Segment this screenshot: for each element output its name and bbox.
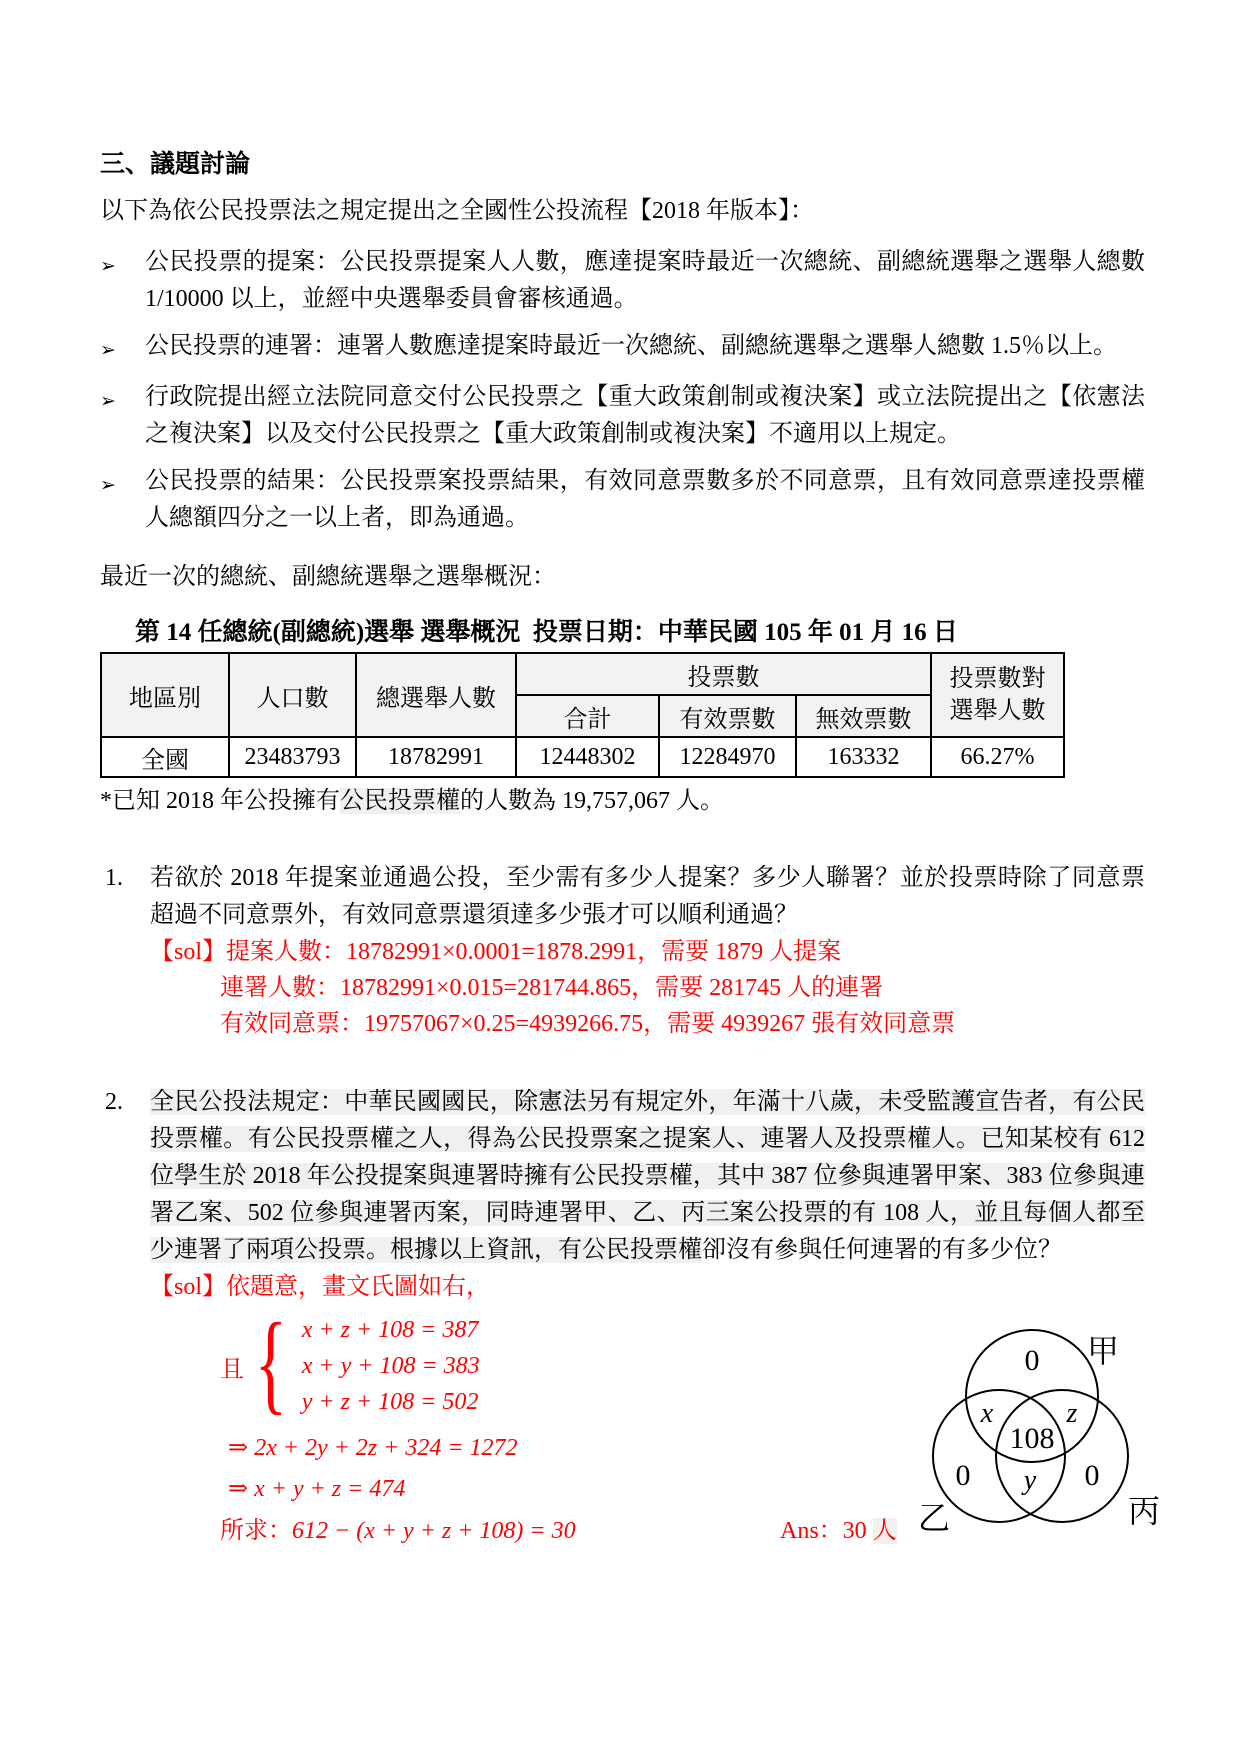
column-header-invalid-votes: 無效票數 <box>796 695 931 737</box>
equation-1: x + z + 108 = 387 <box>302 1312 480 1348</box>
column-header-population: 人口數 <box>229 653 356 737</box>
answer-prefix: Ans：30 <box>780 1518 873 1544</box>
list-item: ➢ 行政院提出經立法院同意交付公民投票之【重大政策創制或複決案】或立法院提出之【… <box>100 379 1145 453</box>
footnote-highlighted-term: 公民投票權 <box>340 788 460 814</box>
system-prefix: 且 <box>220 1349 244 1384</box>
table-footnote: *已知 2018 年公投擁有公民投票權的人數為 19,757,067 人。 <box>100 783 1145 820</box>
bullet-text: 行政院提出經立法院同意交付公民投票之【重大政策創制或複決案】或立法院提出之【依憲… <box>145 379 1145 453</box>
equation-3: y + z + 108 = 502 <box>302 1384 480 1420</box>
question-1-solution-line2: 連署人數：18782991×0.015=281744.865，需要 281745… <box>150 970 1145 1006</box>
cell-valid-votes: 12284970 <box>659 737 796 777</box>
list-item: ➢ 公民投票的連署：連署人數應達提案時最近一次總統、副總統選舉之選舉人總數 1.… <box>100 328 1145 369</box>
venn-value-y: y <box>1021 1465 1037 1496</box>
cell-turnout-ratio: 66.27% <box>931 737 1064 777</box>
question-1-number: 1. <box>100 860 150 1042</box>
cell-electors: 18782991 <box>356 737 516 777</box>
left-brace-glyph: { <box>255 1307 287 1419</box>
question-2-solution-intro: 【sol】依題意，畫文氏圖如右， <box>150 1269 1145 1305</box>
venn-circle-yi <box>933 1390 1065 1522</box>
arrow-bullet-icon: ➢ <box>100 244 145 318</box>
equation-column: x + z + 108 = 387 x + y + 108 = 383 y + … <box>298 1312 480 1420</box>
question-2-text-tail: 卻沒有參與任何連署的有多少位？ <box>702 1237 1062 1263</box>
column-header-valid-votes: 有效票數 <box>659 695 796 737</box>
footnote-suffix: 的人數為 19,757,067 人。 <box>460 788 724 814</box>
section-heading: 三、議題討論 <box>100 146 1145 183</box>
column-header-turnout-ratio: 投票數對 選舉人數 <box>931 653 1064 737</box>
sol-intro-text: 依題意，畫文氏圖如右， <box>226 1274 490 1300</box>
turnout-ratio-line2: 選舉人數 <box>932 695 1063 727</box>
venn-value-left: 0 <box>956 1459 971 1492</box>
question-1-solution-line1: 【sol】提案人數：18782991×0.0001=1878.2991，需要 1… <box>150 934 1145 970</box>
equation-2: x + y + 108 = 383 <box>302 1348 480 1384</box>
bullet-text: 公民投票的連署：連署人數應達提案時最近一次總統、副總統選舉之選舉人總數 1.5％… <box>145 328 1145 369</box>
arrow-bullet-icon: ➢ <box>100 379 145 453</box>
column-header-electors: 總選舉人數 <box>356 653 516 737</box>
venn-label-yi: 乙 <box>918 1500 950 1536</box>
election-stats-table: 地區別 人口數 總選舉人數 投票數 投票數對 選舉人數 合計 有效票數 無效票數… <box>100 652 1065 778</box>
survey-intro-line: 最近一次的總統、副總統選舉之選舉概況： <box>100 559 1145 596</box>
final-label: 所求： <box>220 1518 292 1544</box>
venn-value-right: 0 <box>1085 1459 1100 1492</box>
sol-label: 【sol】 <box>150 939 226 965</box>
arrow-bullet-icon: ➢ <box>100 328 145 369</box>
bullet-list: ➢ 公民投票的提案：公民投票提案人人數，應達提案時最近一次總統、副總統選舉之選舉… <box>100 244 1145 537</box>
venn-value-center: 108 <box>1010 1422 1055 1455</box>
venn-value-x: x <box>980 1398 994 1429</box>
question-1-solution-line3: 有效同意票：19757067×0.25=4939266.75，需要 493926… <box>150 1006 1145 1042</box>
column-header-region: 地區別 <box>101 653 229 737</box>
column-header-votes-group: 投票數 <box>516 653 931 695</box>
venn-value-z: z <box>1066 1398 1078 1429</box>
venn-circle-bing <box>996 1390 1128 1522</box>
cell-population: 23483793 <box>229 737 356 777</box>
cell-region: 全國 <box>101 737 229 777</box>
question-1-body: 若欲於 2018 年提案並通過公投，至少需有多少人提案？多少人聯署？並於投票時除… <box>150 860 1145 1042</box>
column-header-total-votes: 合計 <box>516 695 659 737</box>
arrow-bullet-icon: ➢ <box>100 463 145 537</box>
intro-paragraph: 以下為依公民投票法之規定提出之全國性公投流程【2018 年版本】： <box>100 193 1145 230</box>
footnote-prefix: *已知 2018 年公投擁有 <box>100 788 340 814</box>
sol-label: 【sol】 <box>150 1274 226 1300</box>
document-page: 三、議題討論 以下為依公民投票法之規定提出之全國性公投流程【2018 年版本】：… <box>0 0 1240 1754</box>
table-row: 全國 23483793 18782991 12448302 12284970 1… <box>101 737 1064 777</box>
question-2-number: 2. <box>100 1084 150 1550</box>
bullet-text: 公民投票的提案：公民投票提案人人數，應達提案時最近一次總統、副總統選舉之選舉人總… <box>145 244 1145 318</box>
cell-total-votes: 12448302 <box>516 737 659 777</box>
venn-value-top: 0 <box>1025 1344 1040 1377</box>
final-equation: 612 − (x + y + z + 108) = 30 <box>292 1518 576 1544</box>
venn-label-bing: 丙 <box>1128 1493 1160 1529</box>
election-table-title: 第 14 任總統(副總統)選舉 選舉概況 投票日期：中華民國 105 年 01 … <box>100 612 1145 648</box>
bullet-text: 公民投票的結果：公民投票案投票結果，有效同意票數多於不同意票，且有效同意票達投票… <box>145 463 1145 537</box>
venn-label-jia: 甲 <box>1087 1333 1119 1369</box>
cell-invalid-votes: 163332 <box>796 737 931 777</box>
question-1: 1. 若欲於 2018 年提案並通過公投，至少需有多少人提案？多少人聯署？並於投… <box>100 860 1145 1042</box>
list-item: ➢ 公民投票的提案：公民投票提案人人數，應達提案時最近一次總統、副總統選舉之選舉… <box>100 244 1145 318</box>
turnout-ratio-line1: 投票數對 <box>932 663 1063 695</box>
venn-diagram: 甲 乙 丙 0 x z 108 0 y 0 <box>878 1322 1198 1602</box>
question-1-text: 若欲於 2018 年提案並通過公投，至少需有多少人提案？多少人聯署？並於投票時除… <box>150 860 1145 934</box>
question-2-text: 全民公投法規定：中華民國國民，除憲法另有規定外，年滿十八歲，未受監護宣告者，有公… <box>150 1084 1145 1269</box>
sol-text: 提案人數：18782991×0.0001=1878.2991，需要 1879 人… <box>226 939 841 965</box>
list-item: ➢ 公民投票的結果：公民投票案投票結果，有效同意票數多於不同意票，且有效同意票達… <box>100 463 1145 537</box>
